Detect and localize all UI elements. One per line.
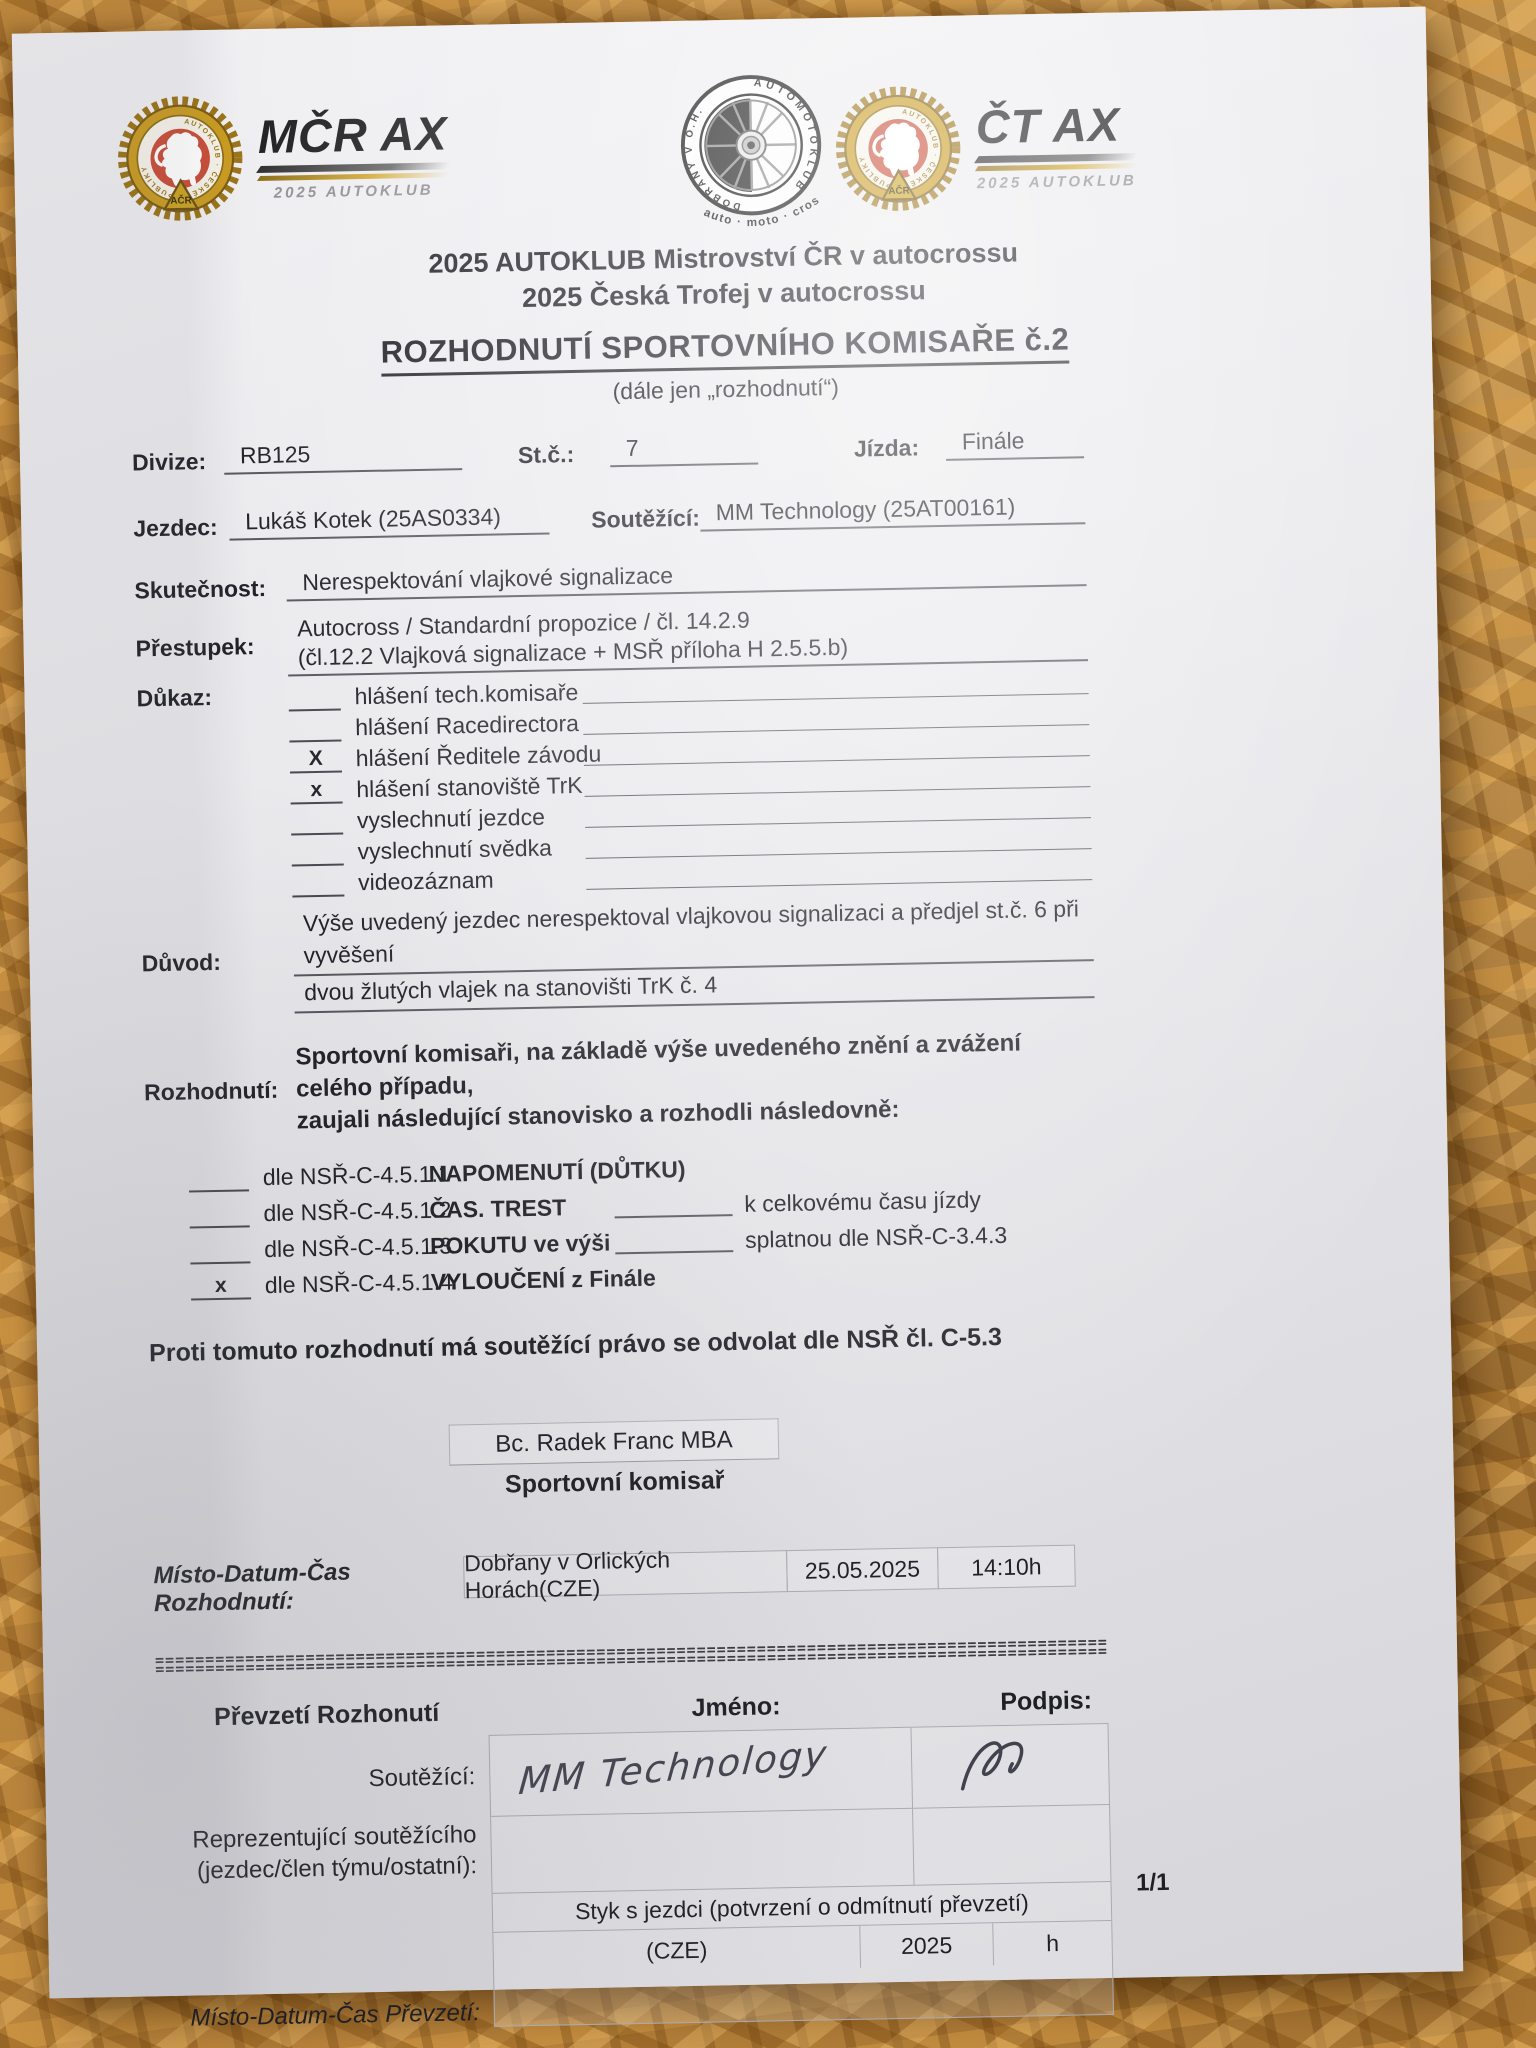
evidence-checkbox: x	[290, 778, 342, 805]
evidence-item-label: vyslechnutí jezdce	[343, 803, 585, 835]
decision-label: Rozhodnutí:	[144, 1076, 296, 1106]
swoosh-gold	[975, 163, 1138, 171]
mcr-ax-wordmark: MČR AX 2025 AUTOKLUB	[257, 109, 448, 202]
evidence-item-label: hlášení Ředitele závodu	[342, 741, 584, 773]
row-division: Divize: RB125 St.č.: 7 Jízda: Finále	[132, 426, 1084, 476]
competitor-value: MM Technology (25AT00161)	[699, 492, 1085, 531]
decision-heading: ROZHODNUTÍ SPORTOVNÍHO KOMISAŘE č.2	[380, 321, 1069, 376]
photo-background-wood: AUTOKLUB · ČESKÉ REPUBLIKY AČR MČR AX 20…	[0, 0, 1536, 2048]
autoklub-badge-icon: AUTOKLUB · ČESKÉ REPUBLIKY AČR	[831, 81, 966, 216]
evidence-item-label: videozáznam	[344, 865, 586, 897]
evidence-checkbox	[292, 894, 344, 897]
decision-place: Dobřany v Orlických Horách(CZE)	[463, 1550, 788, 1598]
evidence-item-label: vyslechnutí svědka	[343, 834, 585, 866]
steward-signature-block: Bc. Radek Franc MBA Sportovní komisař	[449, 1418, 780, 1500]
penalty-options: dle NSŘ-C-4.5.1.1 NAPOMENUTÍ (DŮTKU) dle…	[189, 1148, 1100, 1300]
competitor-label: Soutěžící:	[591, 505, 700, 534]
penalty-ref: dle NSŘ-C-4.5.1.2	[249, 1197, 429, 1227]
mcr-ax-subtitle: 2025 AUTOKLUB	[259, 181, 449, 202]
penalty-checkbox	[190, 1261, 250, 1264]
reason-label: Důvod:	[141, 947, 293, 977]
penalty-name: ČAS. TREST	[429, 1193, 614, 1224]
receipt-year: 2025	[860, 1923, 994, 1968]
receipt-representative-label-line2: (jezdec/člen týmu/ostatní):	[159, 1850, 478, 1887]
evidence-label: Důkaz:	[136, 681, 289, 713]
penalty-name: POKUTU ve výši	[430, 1229, 615, 1260]
heat-value: Finále	[946, 426, 1085, 461]
division-label: Divize:	[132, 448, 225, 477]
receipt-signature-header: Podpis:	[1000, 1686, 1108, 1717]
evidence-item-label: hlášení Racedirectora	[341, 710, 583, 742]
division-value: RB125	[224, 438, 463, 475]
badge-triangle-text: AČR	[888, 185, 910, 197]
receipt-section: Převzetí Rozhonutí Jméno: Podpis: Soutěž…	[156, 1686, 1114, 2033]
decision-time: 14:10h	[937, 1545, 1076, 1590]
penalty-suffix: k celkovému času jízdy	[744, 1186, 981, 1218]
fact-value: Nerespektování vlajkové signalizace	[286, 554, 1086, 601]
steward-role: Sportovní komisař	[449, 1465, 779, 1500]
driver-value: Lukáš Kotek (25AS0334)	[229, 502, 550, 540]
penalty-suffix: splatnou dle NSŘ-C-3.4.3	[745, 1222, 1008, 1254]
swoosh-dark	[256, 162, 450, 173]
page-number: 1/1	[1136, 1869, 1170, 1898]
mcr-ax-title: MČR AX	[257, 109, 448, 160]
logo-mcr-ax: AUTOKLUB · ČESKÉ REPUBLIKY AČR MČR AX 20…	[113, 87, 449, 225]
steward-name: Bc. Radek Franc MBA	[449, 1418, 780, 1465]
row-evidence: Důkaz: hlášení tech.komisaře hlášení Rac…	[136, 665, 1092, 900]
ct-ax-title: ČT AX	[975, 100, 1136, 150]
receipt-contact-text: Styk s jezdci (potvrzení o odmítnutí pře…	[575, 1889, 1029, 1925]
row-driver: Jezdec: Lukáš Kotek (25AS0334) Soutěžící…	[133, 492, 1085, 542]
swoosh-dark	[974, 153, 1139, 163]
receipt-place: (CZE)	[493, 1926, 861, 1975]
penalty-name: NAPOMENUTÍ (DŮTKU)	[429, 1155, 714, 1187]
start-number-label: St.č.:	[518, 440, 611, 469]
offence-label: Přestupek:	[135, 633, 287, 663]
appeal-notice: Proti tomuto rozhodnutí má soutěžící prá…	[149, 1321, 1101, 1368]
document-titles: 2025 AUTOKLUB Mistrovství ČR v autocross…	[16, 227, 1433, 417]
heat-label: Jízda:	[854, 434, 947, 463]
swoosh-gold	[257, 172, 450, 181]
decision-meta-label: Místo-Datum-Čas Rozhodnutí:	[153, 1556, 466, 1618]
decision-date: 25.05.2025	[786, 1547, 939, 1592]
penalty-ref: dle NSŘ-C-4.5.1.3	[250, 1233, 430, 1263]
evidence-item-label: hlášení stanoviště TrK	[342, 772, 584, 804]
document-header: AUTOKLUB · ČESKÉ REPUBLIKY AČR MČR AX 20…	[12, 7, 1430, 246]
autoklub-badge-icon: AUTOKLUB · ČESKÉ REPUBLIKY AČR	[113, 91, 248, 226]
start-number-value: 7	[610, 432, 759, 467]
penalty-blank-line	[614, 1192, 732, 1218]
receipt-hour: h	[993, 1921, 1112, 1965]
receipt-meta-label: Místo-Datum-Čas Převzetí:	[162, 1999, 480, 2033]
penalty-ref: dle NSŘ-C-4.5.1.4	[251, 1269, 431, 1299]
badge-triangle-text: AČR	[170, 194, 192, 206]
penalty-option: x dle NSŘ-C-4.5.1.4 VYLOUČENÍ z Finále	[191, 1256, 1100, 1300]
ct-ax-subtitle: 2025 AUTOKLUB	[977, 172, 1137, 192]
section-divider: ========================================…	[155, 1638, 1107, 1678]
decision-document-paper: AUTOKLUB · ČESKÉ REPUBLIKY AČR MČR AX 20…	[12, 7, 1463, 1999]
receipt-competitor-row: MM Technology	[490, 1724, 1109, 1817]
form-content: Divize: RB125 St.č.: 7 Jízda: Finále Jez…	[132, 426, 1114, 2033]
divider-line: ========================================…	[155, 1647, 1107, 1674]
penalty-blank-line	[615, 1228, 733, 1254]
evidence-item-label: hlášení tech.komisaře	[340, 679, 582, 711]
row-decision-intro: Rozhodnutí: Sportovní komisaři, na zákla…	[143, 1026, 1097, 1140]
penalty-checkbox: x	[191, 1273, 251, 1300]
ct-ax-wordmark: ČT AX 2025 AUTOKLUB	[975, 100, 1137, 192]
receipt-name-header: Jméno:	[586, 1690, 887, 1725]
receipt-title: Převzetí Rozhonutí	[156, 1696, 586, 1733]
fact-label: Skutečnost:	[134, 575, 286, 605]
evidence-blank-line	[586, 857, 1092, 890]
driver-label: Jezdec:	[133, 514, 230, 543]
competitor-signature-scribble	[943, 1725, 1074, 1805]
row-fact: Skutečnost: Nerespektování vlajkové sign…	[134, 554, 1086, 604]
penalty-name: VYLOUČENÍ z Finále	[431, 1263, 716, 1295]
handwritten-competitor-name: MM Technology	[517, 1732, 830, 1803]
logo-ct-ax: AUTOKLUB · ČESKÉ REPUBLIKY AČR ČT AX 202…	[831, 78, 1137, 216]
receipt-representative-row	[491, 1805, 1110, 1894]
penalty-checkbox	[190, 1225, 250, 1228]
evidence-checkbox: X	[290, 747, 342, 774]
row-reason: Důvod: Výše uvedený jezdec nerespektoval…	[141, 892, 1095, 1016]
penalty-ref: dle NSŘ-C-4.5.1.1	[249, 1161, 429, 1191]
receipt-competitor-label: Soutěžící:	[157, 1763, 475, 1797]
decision-place-date-time: Místo-Datum-Čas Rozhodnutí: Dobřany v Or…	[153, 1544, 1106, 1618]
penalty-checkbox	[189, 1189, 249, 1192]
